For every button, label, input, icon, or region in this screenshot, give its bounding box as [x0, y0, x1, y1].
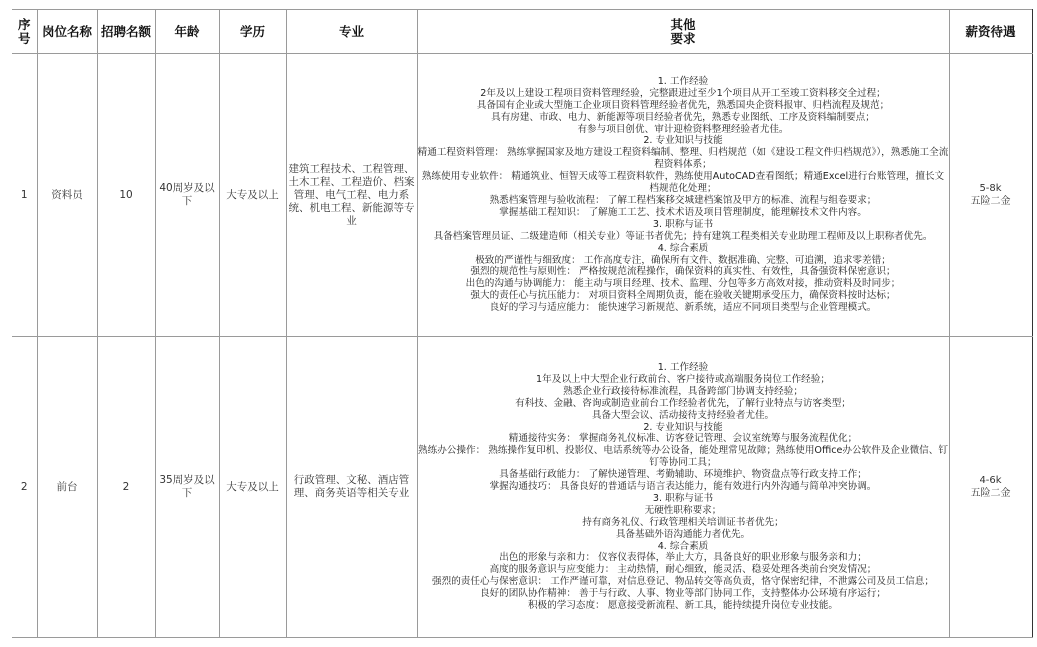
cell-education: 大专及以上 [219, 337, 286, 638]
cell-salary: 4-6k 五险二金 [949, 337, 1032, 638]
req-section-title: 4. 综合素质 [418, 243, 949, 255]
req-section-title: 2. 专业知识与技能 [418, 135, 949, 147]
req-line: 精通工程资料管理： 熟练掌握国家及地方建设工程资料编制、整理、归档规范（如《建设… [418, 147, 949, 171]
req-line: 无硬性职称要求； [418, 505, 949, 517]
header-row: 序号 岗位名称 招聘名额 年龄 学历 专业 其他 要求 薪资待遇 [12, 10, 1032, 54]
table-row: 1 资料员 10 40周岁及以下 大专及以上 建筑工程技术、工程管理、土木工程、… [12, 54, 1032, 337]
req-line: 具有房建、市政、电力、新能源等项目经验者优先，熟悉专业图纸、工序及资料编制要点； [418, 112, 949, 124]
cell-major: 行政管理、文秘、酒店管理、商务英语等相关专业 [286, 337, 417, 638]
req-line: 强大的责任心与抗压能力： 对项目资料全周期负责，能在验收关键期承受压力，确保资料… [418, 290, 949, 302]
req-section-title: 3. 职称与证书 [418, 219, 949, 231]
cell-major: 建筑工程技术、工程管理、土木工程、工程造价、档案管理、电气工程、电力系统、机电工… [286, 54, 417, 337]
header-other-line2: 要求 [418, 32, 949, 46]
req-line: 掌握沟通技巧： 具备良好的普通话与语言表达能力，能有效进行内外沟通与简单冲突协调… [418, 481, 949, 493]
req-line: 熟练办公操作： 熟练操作复印机、投影仪、电话系统等办公设备，能处理常见故障；熟练… [418, 445, 949, 469]
cell-headcount: 2 [97, 337, 155, 638]
req-section-title: 1. 工作经验 [418, 76, 949, 88]
req-line: 熟悉企业行政接待标准流程，具备跨部门协调支持经验； [418, 386, 949, 398]
req-line: 具备基础外语沟通能力者优先。 [418, 529, 949, 541]
req-line: 强烈的责任心与保密意识： 工作严谨可靠，对信息登记、物品转交等高负责，恪守保密纪… [418, 576, 949, 588]
req-line: 具备国有企业或大型施工企业项目资料管理经验者优先，熟悉国央企资料报审、归档流程及… [418, 100, 949, 112]
salary-range: 5-8k [950, 182, 1032, 195]
req-section-title: 3. 职称与证书 [418, 493, 949, 505]
req-line: 2年及以上建设工程项目资料管理经验，完整跟进过至少1个项目从开工至竣工资料移交全… [418, 88, 949, 100]
cell-position: 资料员 [37, 54, 97, 337]
cell-age: 35周岁及以下 [155, 337, 219, 638]
header-position: 岗位名称 [37, 10, 97, 54]
req-line: 精通接待实务： 掌握商务礼仪标准、访客登记管理、会议室统筹与服务流程优化； [418, 433, 949, 445]
cell-headcount: 10 [97, 54, 155, 337]
header-major: 专业 [286, 10, 417, 54]
cell-salary: 5-8k 五险二金 [949, 54, 1032, 337]
salary-range: 4-6k [950, 474, 1032, 487]
header-education: 学历 [219, 10, 286, 54]
req-line: 具备基础行政能力： 了解快递管理、考勤辅助、环境维护、物资盘点等行政支持工作； [418, 469, 949, 481]
header-headcount: 招聘名额 [97, 10, 155, 54]
req-line: 良好的团队协作精神： 善于与行政、人事、物业等部门协同工作，支持整体办公环境有序… [418, 588, 949, 600]
req-line: 熟练使用专业软件： 精通筑业、恒智天成等工程资料软件，熟练使用AutoCAD查看… [418, 171, 949, 195]
req-line: 极致的严谨性与细致度： 工作高度专注，确保所有文件、数据准确、完整、可追溯，追求… [418, 255, 949, 267]
salary-benefits: 五险二金 [950, 195, 1032, 208]
cell-age: 40周岁及以下 [155, 54, 219, 337]
cell-education: 大专及以上 [219, 54, 286, 337]
req-line: 持有商务礼仪、行政管理相关培训证书者优先； [418, 517, 949, 529]
recruitment-table: 序号 岗位名称 招聘名额 年龄 学历 专业 其他 要求 薪资待遇 1 资料员 1… [12, 9, 1033, 638]
req-line: 具备大型会议、活动接待支持经验者尤佳。 [418, 410, 949, 422]
req-section-title: 1. 工作经验 [418, 362, 949, 374]
req-line: 熟悉档案管理与验收流程： 了解工程档案移交城建档案馆及甲方的标准、流程与组卷要求… [418, 195, 949, 207]
req-line: 掌握基础工程知识： 了解施工工艺、技术术语及项目管理制度，能理解技术文件内容。 [418, 207, 949, 219]
req-line: 强烈的规范性与原则性： 严格按规范流程操作，确保资料的真实性、有效性，具备强资料… [418, 266, 949, 278]
req-section-title: 4. 综合素质 [418, 541, 949, 553]
req-line: 有参与项目创优、审计迎检资料整理经验者尤佳。 [418, 124, 949, 136]
header-age: 年龄 [155, 10, 219, 54]
req-line: 具备档案管理员证、二级建造师（相关专业）等证书者优先；持有建筑工程类相关专业助理… [418, 231, 949, 243]
header-salary: 薪资待遇 [949, 10, 1032, 54]
cell-requirements: 1. 工作经验 2年及以上建设工程项目资料管理经验，完整跟进过至少1个项目从开工… [417, 54, 949, 337]
cell-index: 2 [12, 337, 37, 638]
salary-benefits: 五险二金 [950, 487, 1032, 500]
cell-position: 前台 [37, 337, 97, 638]
req-line: 出色的沟通与协调能力： 能主动与项目经理、技术、监理、分包等多方高效对接，推动资… [418, 278, 949, 290]
req-line: 有科技、金融、咨询或制造业前台工作经验者优先，了解行业特点与访客类型； [418, 398, 949, 410]
req-line: 积极的学习态度： 愿意接受新流程、新工具，能持续提升岗位专业技能。 [418, 600, 949, 612]
req-section-title: 2. 专业知识与技能 [418, 422, 949, 434]
req-line: 高度的服务意识与应变能力： 主动热情，耐心细致，能灵活、稳妥处理各类前台突发情况… [418, 564, 949, 576]
cell-index: 1 [12, 54, 37, 337]
req-line: 良好的学习与适应能力： 能快速学习新规范、新系统，适应不同项目类型与企业管理模式… [418, 302, 949, 314]
header-other-line1: 其他 [418, 18, 949, 32]
header-index: 序号 [12, 10, 37, 54]
table-row: 2 前台 2 35周岁及以下 大专及以上 行政管理、文秘、酒店管理、商务英语等相… [12, 337, 1032, 638]
req-line: 出色的形象与亲和力： 仪容仪表得体，举止大方，具备良好的职业形象与服务亲和力； [418, 552, 949, 564]
header-other-requirements: 其他 要求 [417, 10, 949, 54]
cell-requirements: 1. 工作经验 1年及以上中大型企业行政前台、客户接待或高端服务岗位工作经验； … [417, 337, 949, 638]
req-line: 1年及以上中大型企业行政前台、客户接待或高端服务岗位工作经验； [418, 374, 949, 386]
